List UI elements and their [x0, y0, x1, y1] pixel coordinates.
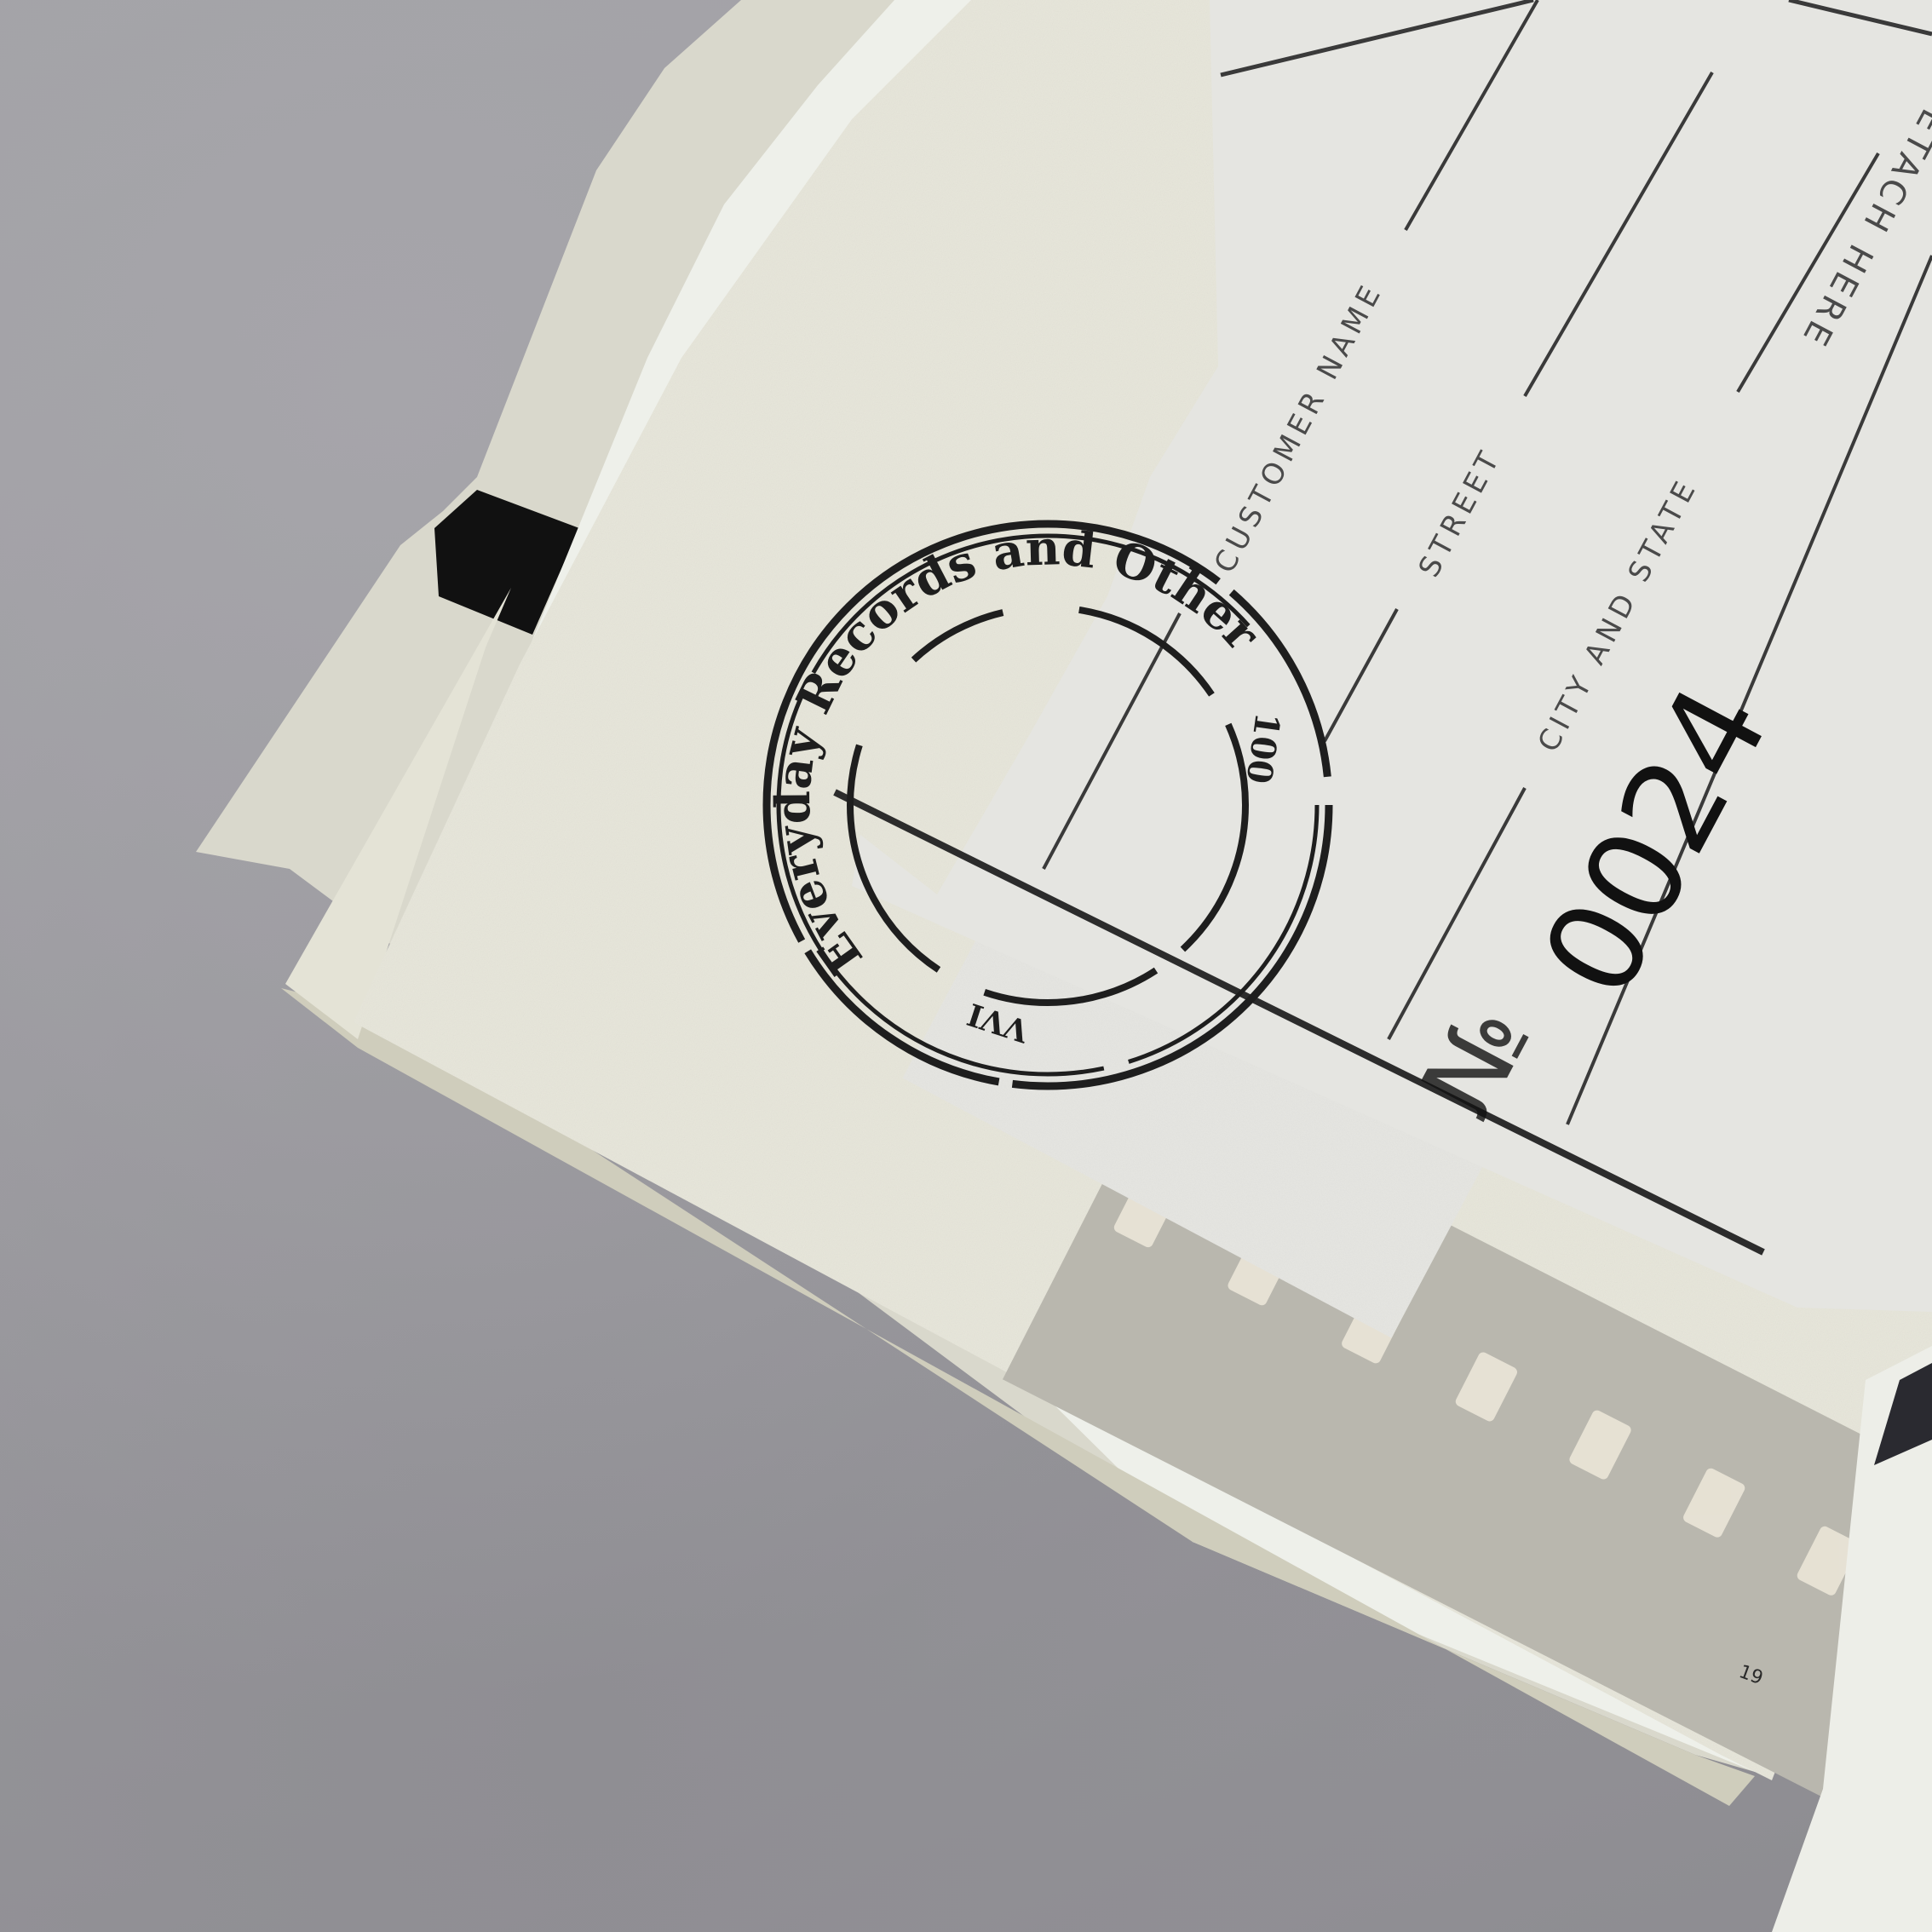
journal-scene: CUSTOMER NAME STREET CITY AND STATE ETAC… [0, 0, 1932, 1932]
